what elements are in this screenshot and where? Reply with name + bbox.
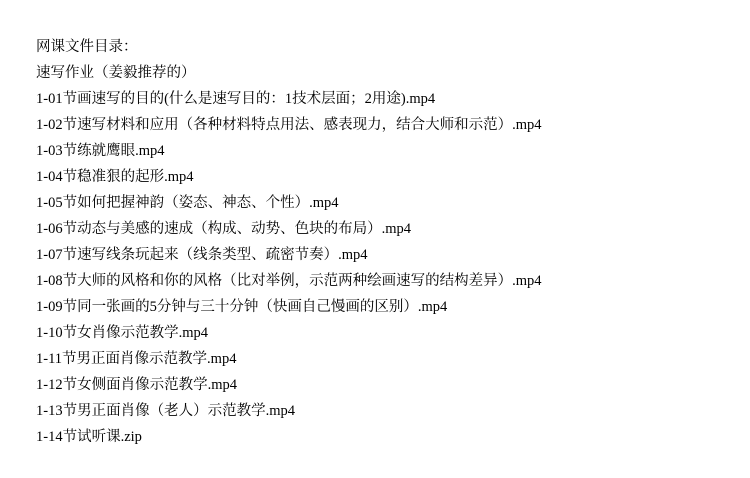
file-list-item: 1-08节大师的风格和你的风格（比对举例，示范两种绘画速写的结构差异）.mp4 bbox=[36, 268, 541, 294]
document-subheading: 速写作业（姜毅推荐的） bbox=[36, 60, 541, 86]
file-list-item: 1-06节动态与美感的速成（构成、动势、色块的布局）.mp4 bbox=[36, 216, 541, 242]
file-list-item: 1-09节同一张画的5分钟与三十分钟（快画自己慢画的区别）.mp4 bbox=[36, 294, 541, 320]
file-list-item: 1-04节稳准狠的起形.mp4 bbox=[36, 164, 541, 190]
file-list-item: 1-01节画速写的目的(什么是速写目的：1技术层面；2用途).mp4 bbox=[36, 86, 541, 112]
file-list-item: 1-12节女侧面肖像示范教学.mp4 bbox=[36, 372, 541, 398]
file-directory-document: 网课文件目录： 速写作业（姜毅推荐的） 1-01节画速写的目的(什么是速写目的：… bbox=[36, 34, 541, 450]
file-list-item: 1-13节男正面肖像（老人）示范教学.mp4 bbox=[36, 398, 541, 424]
file-list-item: 1-07节速写线条玩起来（线条类型、疏密节奏）.mp4 bbox=[36, 242, 541, 268]
document-heading: 网课文件目录： bbox=[36, 34, 541, 60]
file-list-item: 1-05节如何把握神韵（姿态、神态、个性）.mp4 bbox=[36, 190, 541, 216]
file-list-item: 1-03节练就鹰眼.mp4 bbox=[36, 138, 541, 164]
file-list-item: 1-11节男正面肖像示范教学.mp4 bbox=[36, 346, 541, 372]
file-list-item: 1-02节速写材料和应用（各种材料特点用法、感表现力，结合大师和示范）.mp4 bbox=[36, 112, 541, 138]
file-list-item: 1-10节女肖像示范教学.mp4 bbox=[36, 320, 541, 346]
file-list-item: 1-14节试听课.zip bbox=[36, 424, 541, 450]
